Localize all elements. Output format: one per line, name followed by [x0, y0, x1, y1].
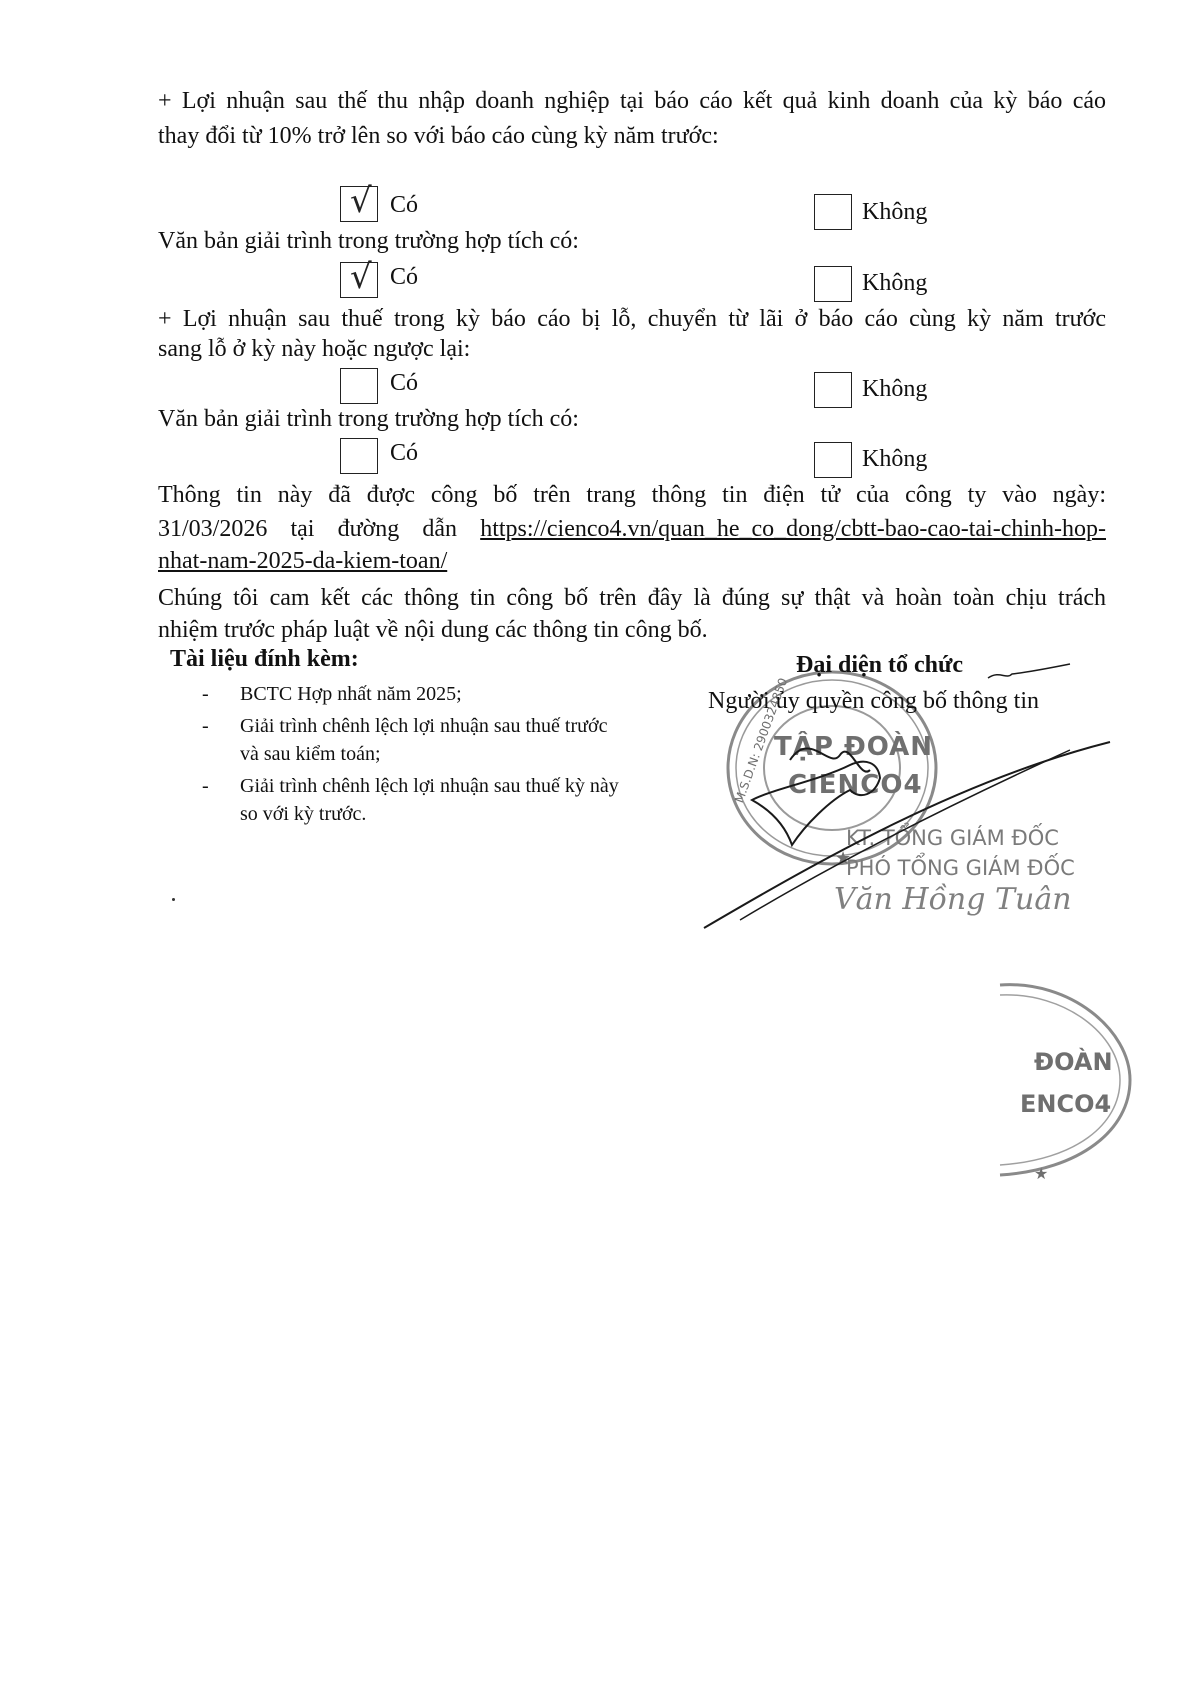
section1-question-line1: + Lợi nhuận sau thế thu nhập doanh nghiệ… — [158, 86, 1106, 116]
publication-date-text: 31/03/2026 tại đường dẫn — [158, 516, 480, 542]
publication-line1: Thông tin này đã được công bố trên trang… — [158, 480, 1106, 510]
checkmark-icon: √ — [350, 181, 372, 221]
section2-no-checkbox[interactable] — [814, 372, 852, 408]
section1-yes-checkbox[interactable]: √ — [340, 186, 378, 222]
section1-explain-label: Văn bản giải trình trong trường hợp tích… — [158, 226, 579, 256]
section2-no-label: Không — [862, 374, 927, 404]
document-page: + Lợi nhuận sau thế thu nhập doanh nghiệ… — [0, 0, 1200, 1697]
publication-line3: nhat-nam-2025-da-kiem-toan/ — [158, 546, 447, 576]
attachment-item-3-line1: Giải trình chênh lệch lợi nhuận sau thuế… — [240, 772, 619, 800]
section2-yes-label: Có — [390, 368, 418, 398]
attachment-item-2-line1: Giải trình chênh lệch lợi nhuận sau thuế… — [240, 712, 607, 740]
section2-question-line1: + Lợi nhuận sau thuế trong kỳ báo cáo bị… — [158, 304, 1106, 334]
section1-question-line2: thay đổi từ 10% trở lên so với báo cáo c… — [158, 121, 719, 151]
section1-no-label: Không — [862, 197, 927, 227]
partial-stamp-line2: ENCO4 — [1020, 1090, 1111, 1118]
stray-dot — [172, 898, 175, 901]
attachment-dash: - — [202, 680, 209, 708]
attachment-dash: - — [202, 712, 209, 740]
attachment-dash: - — [202, 772, 209, 800]
section2-yes-checkbox[interactable] — [340, 368, 378, 404]
attachment-item-3-line2: so với kỳ trước. — [240, 800, 366, 828]
section1-explain-yes-checkbox[interactable]: √ — [340, 262, 378, 298]
attachments-title: Tài liệu đính kèm: — [170, 646, 359, 673]
checkmark-icon: √ — [350, 257, 372, 297]
section2-question-line2: sang lỗ ở kỳ này hoặc ngược lại: — [158, 334, 470, 364]
attachment-item-1: BCTC Hợp nhất năm 2025; — [240, 680, 462, 708]
section2-explain-yes-checkbox[interactable] — [340, 438, 378, 474]
section1-yes-label: Có — [390, 190, 418, 220]
partial-stamp-star-icon: ★ — [1034, 1164, 1048, 1183]
section1-no-checkbox[interactable] — [814, 194, 852, 230]
section1-explain-no-label: Không — [862, 268, 927, 298]
section2-explain-no-checkbox[interactable] — [814, 442, 852, 478]
publication-link[interactable]: https://cienco4.vn/quan_he_co_dong/cbtt-… — [480, 516, 1106, 542]
section1-explain-yes-label: Có — [390, 262, 418, 292]
partial-stamp-line1: ĐOÀN — [1034, 1048, 1113, 1076]
publication-line2: 31/03/2026 tại đường dẫn https://cienco4… — [158, 514, 1106, 544]
section1-explain-no-checkbox[interactable] — [814, 266, 852, 302]
attachment-item-2-line2: và sau kiểm toán; — [240, 740, 381, 768]
commitment-line2: nhiệm trước pháp luật về nội dung các th… — [158, 615, 708, 645]
section2-explain-label: Văn bản giải trình trong trường hợp tích… — [158, 404, 579, 434]
publication-link-continued[interactable]: nhat-nam-2025-da-kiem-toan/ — [158, 548, 447, 574]
section2-explain-yes-label: Có — [390, 438, 418, 468]
section2-explain-no-label: Không — [862, 444, 927, 474]
commitment-line1: Chúng tôi cam kết các thông tin công bố … — [158, 583, 1106, 613]
handwritten-signature — [700, 650, 1120, 950]
